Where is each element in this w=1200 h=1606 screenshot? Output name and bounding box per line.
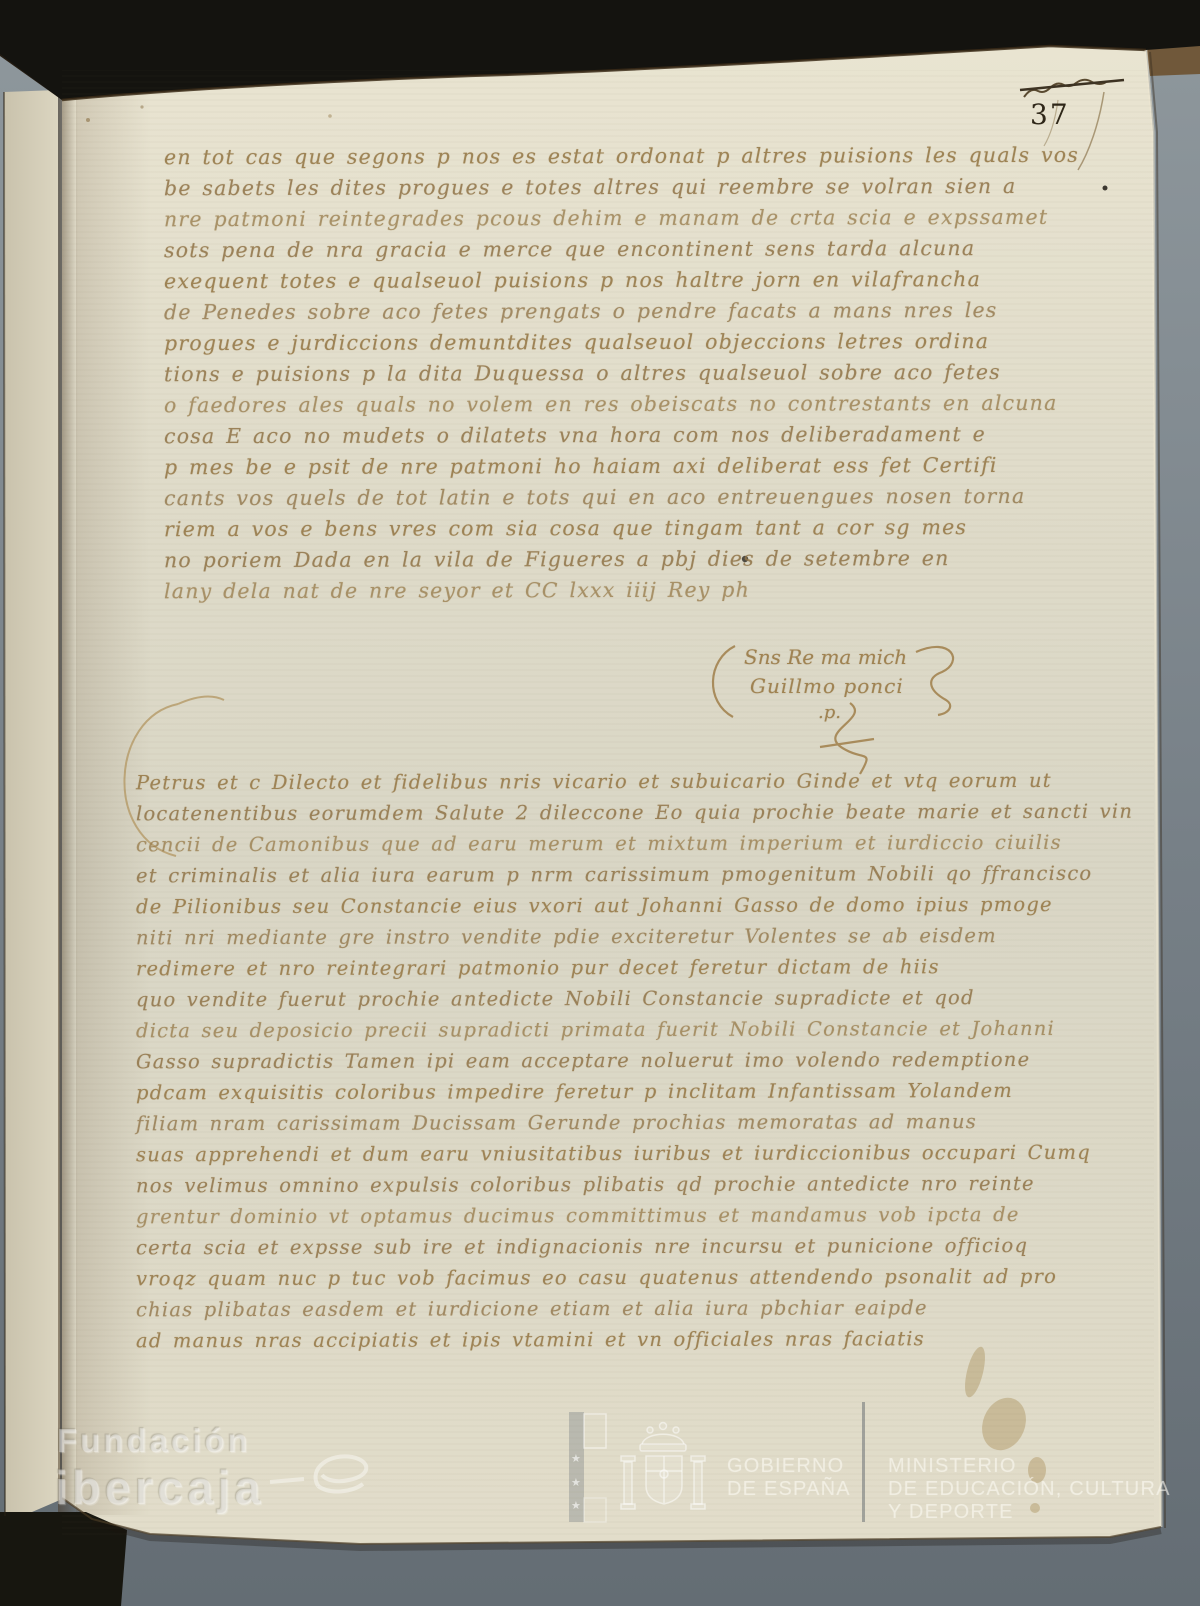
manuscript-line: cosa E aco no mudets o dilatets vna hora… [164, 419, 1079, 452]
manuscript-line: no poriem Dada en la vila de Figueres a … [164, 543, 1079, 576]
star-icon: ★ [571, 1453, 581, 1465]
star-icon: ★ [571, 1477, 581, 1489]
manuscript-line: chias plibatas easdem et iurdicione etia… [136, 1292, 1133, 1326]
gobierno-line: DE ESPAÑA [727, 1478, 851, 1501]
star-icon: ★ [571, 1500, 581, 1512]
manuscript-line: de Pilionibus seu Constancie eius vxori … [136, 889, 1133, 923]
manuscript-line: pdcam exquisitis coloribus impedire fere… [136, 1075, 1133, 1109]
ministerio-line: MINISTERIO [888, 1455, 1171, 1478]
top-binding [0, 0, 1200, 100]
manuscript-line: Gasso supradictis Tamen ipi eam acceptar… [136, 1044, 1133, 1078]
ibercaja-watermark: ibercaja [55, 1460, 265, 1515]
manuscript-line: filiam nram carissimam Ducissam Gerunde … [136, 1106, 1133, 1140]
folio-number: 37 [1030, 98, 1070, 131]
subscription-line: Sns Re ma mich [744, 645, 907, 669]
manuscript-line: p mes be e psit de nre patmoni ho haiam … [164, 450, 1079, 483]
manuscript-line: cencii de Camonibus que ad earu merum et… [136, 827, 1133, 861]
manuscript-line: sots pena de nra gracia e merce que enco… [164, 233, 1079, 266]
manuscript-line: cants vos quels de tot latin e tots qui … [164, 481, 1079, 514]
manuscript-line: locatenentibus eorumdem Salute 2 dilecco… [136, 796, 1133, 830]
manuscript-line: o faedores ales quals no volem en res ob… [164, 388, 1079, 421]
manuscript-line: tions e puisions p la dita Duquessa o al… [164, 357, 1079, 390]
manuscript-line: dicta seu deposicio precii supradicti pr… [136, 1013, 1133, 1047]
manuscript-line: nre patmoni reintegrades pcous dehim e m… [164, 202, 1079, 235]
manuscript-line: de Penedes sobre aco fetes prengats o pe… [164, 295, 1079, 328]
underlying-page-edge [4, 90, 60, 1516]
ministerio-line: DE EDUCACIÓN, CULTURA [888, 1478, 1171, 1501]
manuscript-line: Petrus et c Dilecto et fidelibus nris vi… [136, 765, 1133, 799]
manuscript-line: et criminalis et alia iura earum p nrm c… [136, 858, 1133, 892]
gutter-top-shadow [0, 48, 62, 100]
manuscript-line: redimere et nro reintegrari patmonio pur… [136, 951, 1133, 985]
manuscript-line: ad manus nras accipiatis et ipis vtamini… [136, 1323, 1133, 1357]
manuscript-line: be sabets les dites progues e totes altr… [164, 171, 1079, 204]
letter-latin: Petrus et c Dilecto et fidelibus nris vi… [136, 766, 1133, 1355]
spain-coat-of-arms-icon [621, 1423, 705, 1510]
letter-catalan: en tot cas que segons p nos es estat ord… [164, 141, 1079, 606]
manuscript-line: certa scia et expsse sub ire et indignac… [136, 1230, 1133, 1264]
ministerio-watermark: MINISTERIO DE EDUCACIÓN, CULTURA Y DEPOR… [888, 1455, 1171, 1524]
ministerio-line: Y DEPORTE [888, 1501, 1171, 1524]
manuscript-line: progues e jurdiccions demuntdites qualse… [164, 326, 1079, 359]
gobierno-watermark: GOBIERNO DE ESPAÑA [727, 1455, 851, 1501]
manuscript-line: grentur dominio vt optamus ducimus commi… [136, 1199, 1133, 1233]
manuscript-line: exequent totes e qualseuol puisions p no… [164, 264, 1079, 297]
subscription-right-flourish [916, 647, 953, 715]
manuscript-line: riem a vos e bens vres com sia cosa que … [164, 512, 1079, 545]
ibercaja-swoosh-icon [270, 1456, 366, 1491]
manuscript-line: vroqz quam nuc p tuc vob facimus eo casu… [136, 1261, 1133, 1295]
manuscript-line: niti nri mediante gre instro vendite pdi… [136, 920, 1133, 954]
manuscript-line: quo vendite fuerut prochie antedicte Nob… [136, 982, 1133, 1016]
flag-band: ★ ★ ★ [569, 1412, 606, 1522]
logo-divider [862, 1402, 865, 1522]
gutter-crease [58, 90, 78, 1515]
fundacion-watermark: Fundación [57, 1422, 251, 1460]
gobierno-line: GOBIERNO [727, 1455, 851, 1478]
book-edge-wedge [1146, 40, 1200, 76]
subscription-line: Guillmo ponci [750, 674, 904, 698]
manuscript-line: en tot cas que segons p nos es estat ord… [164, 140, 1079, 173]
subscription-cross-stroke [820, 739, 874, 747]
manuscript-photo: 37 en tot cas que segons p nos es estat … [0, 0, 1200, 1606]
manuscript-line: suas apprehendi et dum earu vniusitatibu… [136, 1137, 1133, 1171]
subscription-left-paren [713, 646, 735, 717]
manuscript-line: lany dela nat de nre seyor et CC lxxx ii… [164, 574, 1079, 607]
subscription-line: .p. [818, 702, 841, 723]
bottom-left-binding [0, 1512, 127, 1606]
manuscript-line: nos velimus omnino expulsis coloribus pl… [136, 1168, 1133, 1202]
